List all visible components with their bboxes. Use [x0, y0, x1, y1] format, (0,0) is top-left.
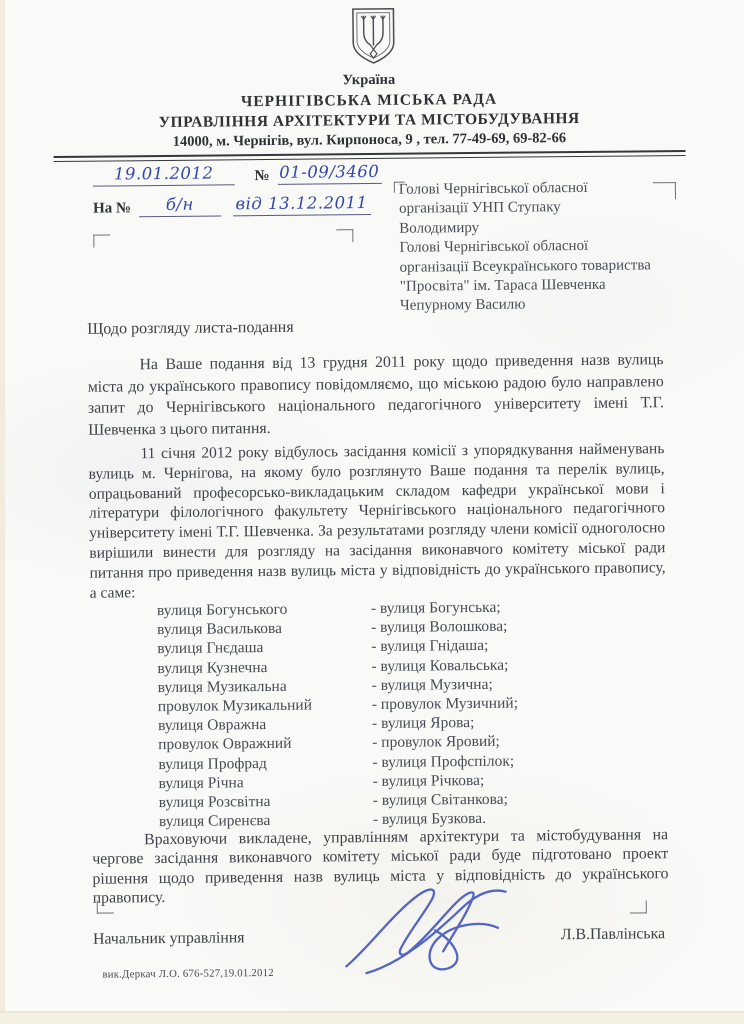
- old-street-name: вулиця Гнєдаша: [157, 637, 371, 658]
- old-street-name: провулок Музикальний: [158, 695, 372, 716]
- letterhead-rule: [54, 150, 686, 162]
- old-street-name: вулиця Профрад: [158, 753, 372, 774]
- scanned-letter-page: Україна ЧЕРНІГІВСЬКА МІСЬКА РАДА УПРАВЛІ…: [0, 0, 744, 1024]
- new-street-name: - вулиця Світанкова;: [373, 788, 639, 810]
- old-street-name: вулиця Річна: [158, 772, 372, 793]
- new-street-name: - провулок Музичний;: [372, 692, 638, 714]
- ukraine-trident-emblem-icon: [346, 6, 401, 72]
- recipient-line: Чепурному Василю: [400, 294, 680, 316]
- recipient-line: Володимиру: [399, 217, 679, 239]
- new-street-name: - вулиця Профспілок;: [372, 750, 638, 772]
- recipient-line: організації УНП Ступаку: [399, 197, 679, 219]
- date-field: 19.01.2012: [93, 163, 235, 186]
- body-paragraph-2: 11 січня 2012 року відбулось засідання к…: [88, 439, 665, 603]
- reference-block: 19.01.2012 № 01-09/3460 На № б/н від 13.…: [93, 162, 384, 227]
- new-street-name: - вулиця Музична;: [372, 673, 638, 695]
- scan-edge-left: [0, 0, 5, 1024]
- address-zone-corner-top-left: [93, 235, 110, 248]
- old-street-name: вулиця Богунського: [157, 599, 371, 620]
- executor-footnote: вик.Деркач Л.О. 676-527,19.01.2012: [102, 967, 273, 981]
- scan-edge-bottom: [0, 1013, 744, 1024]
- new-street-name: - провулок Яровий;: [372, 731, 638, 753]
- reply-date-field: від 13.12.2011: [232, 193, 370, 216]
- reply-label: На №: [93, 200, 131, 216]
- recipient-line: організації Всеукраїнського товариства: [400, 256, 680, 278]
- handwritten-reply-number: б/н: [166, 195, 194, 214]
- signer-position: Начальник управління: [93, 929, 245, 948]
- new-street-name: - вулиця Річкова;: [372, 769, 638, 791]
- old-street-name: вулиця Василькова: [157, 618, 371, 639]
- reply-number-field: б/н: [139, 194, 221, 217]
- new-street-name: - вулиця Ковальська;: [371, 654, 637, 676]
- signature-row: Начальник управління Л.В.Павлінська: [93, 925, 665, 948]
- recipient-block: Голові Чернігівської обласної організаці…: [399, 178, 680, 317]
- recipient-line: Голові Чернігівської обласної: [399, 178, 679, 200]
- subject-line: Щодо розгляду листа-подання: [87, 319, 294, 339]
- scan-tilt-wrapper: Україна ЧЕРНІГІВСЬКА МІСЬКА РАДА УПРАВЛІ…: [0, 0, 744, 1024]
- recipient-line: "Просвіта" ім. Тараса Шевченка: [400, 275, 680, 297]
- body-paragraph-1: На Ваше подання від 13 грудня 2011 року …: [87, 349, 664, 441]
- new-street-name: - вулиця Гнідаша;: [371, 635, 637, 657]
- old-street-name: вулиця Розсвітна: [159, 791, 373, 812]
- old-street-name: вулиця Кузнечна: [157, 657, 371, 678]
- recipient-line: Голові Чернігівської обласної: [399, 236, 679, 258]
- old-street-name: вулиця Овражна: [158, 714, 372, 735]
- handwritten-reply-date: від 13.12.2011: [235, 193, 367, 213]
- old-street-name: провулок Овражний: [158, 733, 372, 754]
- incoming-ref-row: На № б/н від 13.12.2011: [93, 193, 383, 218]
- street-rename-list: вулиця Богунського- вулиця Богунська; ву…: [157, 596, 639, 831]
- new-street-name: - вулиця Ярова;: [372, 712, 638, 734]
- old-street-name: вулиця Музикальна: [158, 676, 372, 697]
- new-street-name: - вулиця Волошкова;: [371, 616, 637, 638]
- address-zone-corner-top-right: [336, 229, 353, 242]
- outgoing-ref-row: 19.01.2012 № 01-09/3460: [93, 162, 383, 187]
- new-street-name: - вулиця Богунська;: [371, 596, 637, 618]
- handwritten-date: 19.01.2012: [114, 164, 214, 184]
- letterhead: Україна ЧЕРНІГІВСЬКА МІСЬКА РАДА УПРАВЛІ…: [0, 2, 742, 162]
- handwritten-number: 01-09/3460: [279, 162, 379, 182]
- number-field: 01-09/3460: [277, 162, 381, 185]
- signer-name: Л.В.Павлінська: [561, 925, 665, 944]
- number-label: №: [254, 168, 269, 184]
